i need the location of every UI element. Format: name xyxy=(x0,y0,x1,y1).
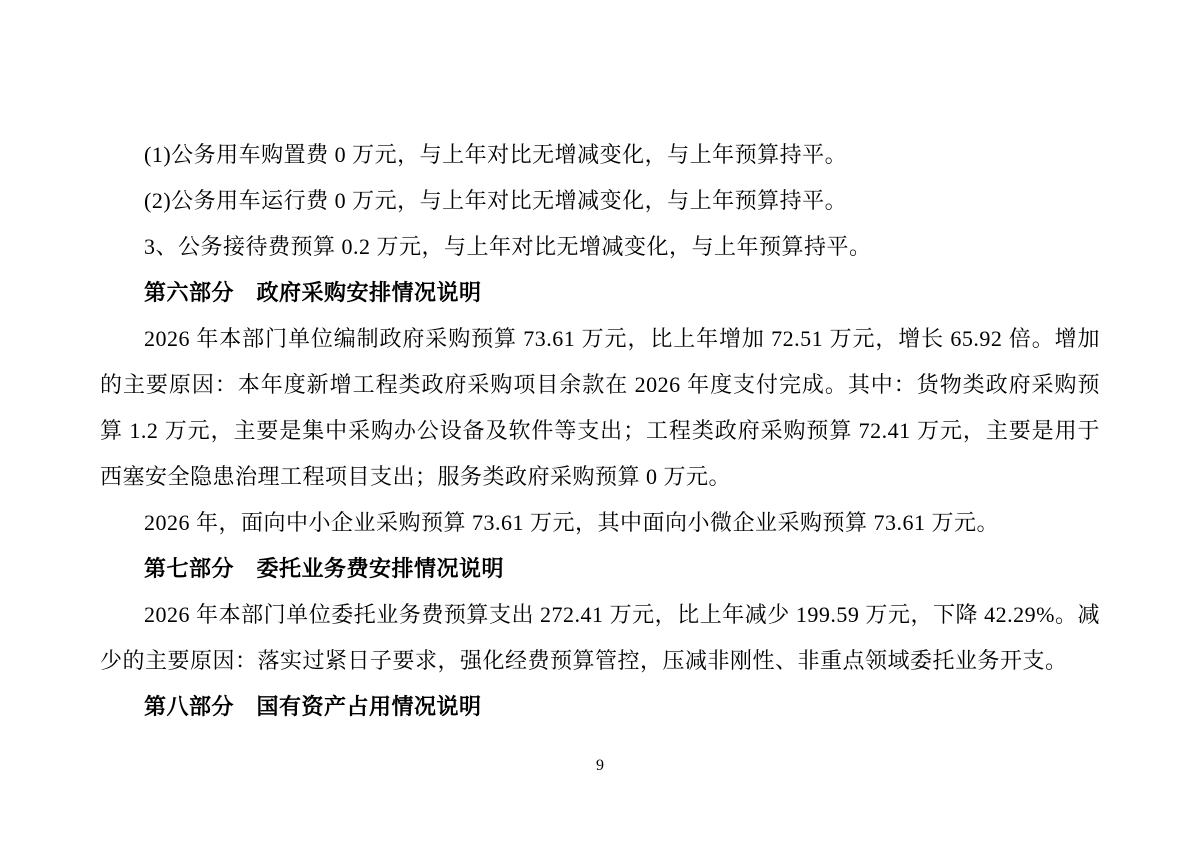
section-heading-part-eight: 第八部分 国有资产占用情况说明 xyxy=(100,684,1100,730)
paragraph-vehicle-purchase: (1)公务用车购置费 0 万元，与上年对比无增减变化，与上年预算持平。 xyxy=(100,132,1100,178)
paragraph-entrusted-business: 2026 年本部门单位委托业务费预算支出 272.41 万元，比上年减少 199… xyxy=(100,592,1100,684)
document-page: (1)公务用车购置费 0 万元，与上年对比无增减变化，与上年预算持平。 (2)公… xyxy=(0,0,1200,848)
section-heading-part-seven: 第七部分 委托业务费安排情况说明 xyxy=(100,546,1100,592)
paragraph-sme-procurement: 2026 年，面向中小企业采购预算 73.61 万元，其中面向小微企业采购预算 … xyxy=(100,500,1100,546)
page-number: 9 xyxy=(0,756,1200,776)
paragraph-vehicle-operation: (2)公务用车运行费 0 万元，与上年对比无增减变化，与上年预算持平。 xyxy=(100,178,1100,224)
paragraph-official-reception: 3、公务接待费预算 0.2 万元，与上年对比无增减变化，与上年预算持平。 xyxy=(100,224,1100,270)
section-heading-part-six: 第六部分 政府采购安排情况说明 xyxy=(100,270,1100,316)
paragraph-procurement-budget: 2026 年本部门单位编制政府采购预算 73.61 万元，比上年增加 72.51… xyxy=(100,316,1100,500)
